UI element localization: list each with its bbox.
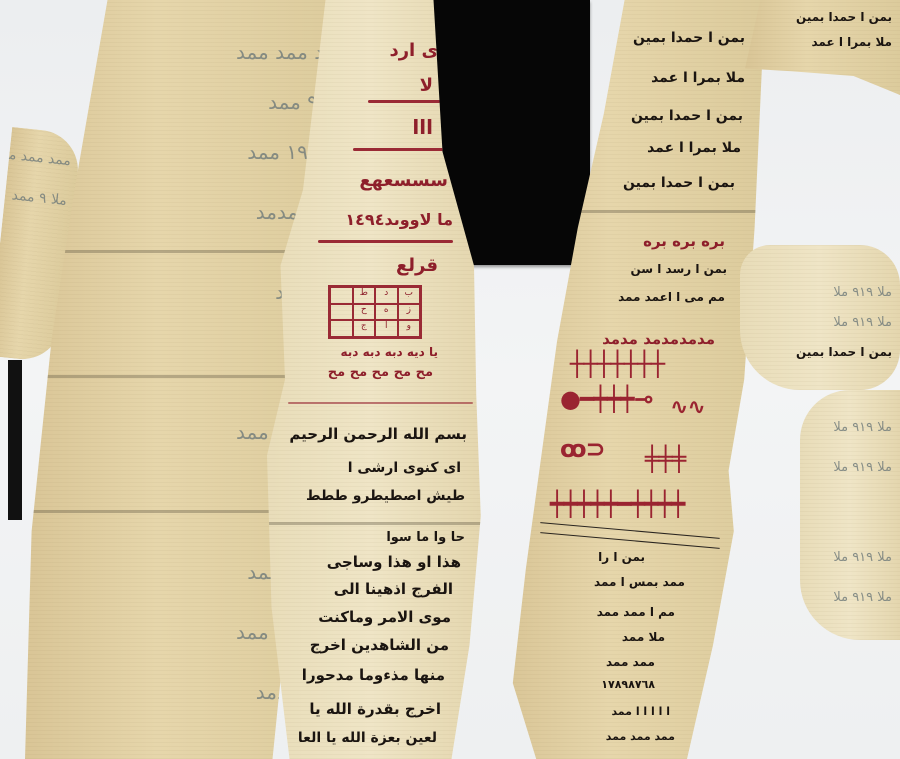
black-line: لعين بعزة الله يا العا bbox=[266, 730, 437, 746]
red-rule bbox=[288, 402, 473, 404]
black-line: هذا او هذا وساجى bbox=[266, 553, 461, 571]
black-line: الفرج اذهينا الى bbox=[266, 580, 453, 598]
black-line: ملا ممد bbox=[513, 630, 665, 644]
black-line: مم مى ا اعمد ممد bbox=[513, 290, 725, 304]
grey-line: ملا ٩١٩ ملا bbox=[808, 550, 892, 565]
grey-line: ملا ٩١٩ ملا bbox=[808, 420, 892, 435]
talisman-sigil-wave: ∿∿ bbox=[670, 395, 705, 420]
red-rule bbox=[318, 240, 453, 243]
grey-line: ملا ٩١٩ ملا bbox=[808, 460, 892, 475]
grey-line: ملا ٩١٩ ملا bbox=[748, 315, 892, 330]
black-line: مم ا ممد ممد bbox=[513, 605, 675, 619]
black-line: بمن ا را bbox=[513, 550, 645, 564]
grey-line: ملا ٩ ممد bbox=[12, 187, 67, 209]
grey-line: ممد ممد ممد bbox=[16, 148, 71, 170]
grey-line: ملا ٩١٩ ملا bbox=[748, 285, 892, 300]
black-line: بمن ا حمدا بمين bbox=[748, 345, 892, 359]
red-line: مح مح مح مح مح bbox=[266, 365, 433, 380]
red-line: يا ديه دبه دبه دبه bbox=[266, 345, 438, 359]
black-line: بسم الله الرحمن الرحيم bbox=[266, 425, 467, 443]
black-line: ملا بمرا ا عمد bbox=[753, 35, 892, 49]
black-line: من الشاهدين اخرج bbox=[266, 636, 449, 654]
grey-line: ممد ١٩ ممد bbox=[33, 140, 347, 164]
red-rule bbox=[353, 148, 448, 151]
talisman-sigil-circle: ●━┿┿┿⊸ bbox=[560, 385, 653, 413]
talisman-sigil-comb: ┼┼┼┼┼┼┼ bbox=[570, 350, 664, 378]
red-rule bbox=[368, 100, 448, 103]
black-line: طيش اصطيطرو ططط bbox=[266, 488, 465, 504]
grey-line: ملا ٩ ممد bbox=[33, 90, 347, 114]
top-right-flap: بمن ا حمدا بمين ملا بمرا ا عمد bbox=[745, 0, 900, 95]
black-line: بمن ا حمدا بمين bbox=[753, 10, 892, 24]
magic-square-grid: طدب حهز جاو bbox=[328, 285, 422, 339]
black-line: ممد بمس ا ممد bbox=[513, 575, 685, 589]
grey-line: ملا ٩١٩ ملا bbox=[808, 590, 892, 605]
right-scroll-lower: ملا ٩١٩ ملا ملا ٩١٩ ملا ملا ٩١٩ ملا ملا … bbox=[800, 390, 900, 640]
black-rule bbox=[540, 522, 719, 539]
black-line: ممد ممد bbox=[513, 655, 655, 669]
photo-scene: ممد ممد ممد ملا ٩ ممد ممد ممد ممد ملا ٩ … bbox=[0, 0, 900, 759]
black-line: ممد ممد ممد bbox=[513, 730, 675, 743]
black-line: منها مذءوما مدحورا bbox=[266, 666, 445, 684]
red-line: قرلع bbox=[266, 255, 438, 276]
right-scroll-upper: ملا ٩١٩ ملا ملا ٩١٩ ملا بمن ا حمدا بمين bbox=[740, 245, 900, 390]
talisman-sigil-long-comb: ┿┿┿┿┿━┿┿┿┿ bbox=[550, 490, 685, 518]
talisman-sigil-ladder: ╪╪╪ bbox=[645, 445, 685, 473]
talisman-sigil-loop: ꝏ⊃ bbox=[560, 435, 605, 463]
black-line: ا ا ا ا ا ممد bbox=[513, 705, 670, 718]
black-line: حا وا ما سوا bbox=[266, 530, 465, 545]
black-line: اخرج بقدرة الله يا bbox=[266, 700, 441, 718]
grey-line: ممد ممد ممد bbox=[33, 40, 347, 64]
black-line: ١٧٨٩٨٧٦٨ bbox=[513, 678, 655, 691]
red-line: مدمدمدمد مدمد bbox=[513, 330, 715, 348]
black-line: اى كنوى ارشى ا bbox=[266, 460, 461, 476]
black-line: موى الامر وماكنت bbox=[266, 608, 451, 626]
black-mount-edge bbox=[8, 360, 22, 520]
